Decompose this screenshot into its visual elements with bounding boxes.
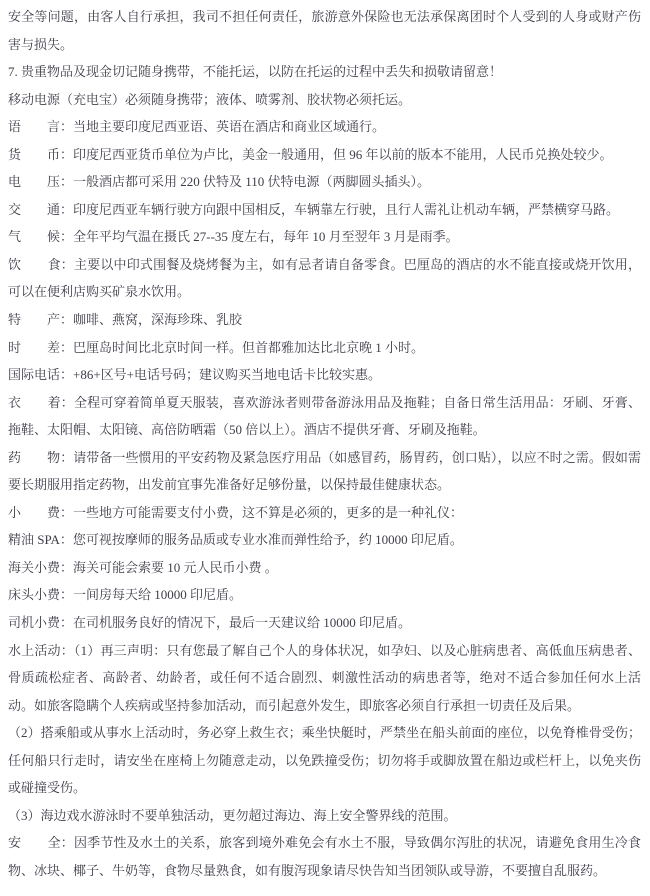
paragraph-food: 饮 食：主要以中印式围餐及烧烤餐为主，如有忌者请自备零食。巴厘岛的酒店的水不能直… xyxy=(8,251,641,306)
paragraph-language: 语 言：当地主要印度尼西亚语、英语在酒店和商业区域通行。 xyxy=(8,113,641,141)
paragraph-safety: 安 全：因季节性及水土的关系，旅客到境外难免会有水土不服，导致偶尔泻肚的状况，请… xyxy=(8,829,641,884)
paragraph-water-activity-1: 水上活动：（1）再三声明：只有您最了解自己个人的身体状况，如孕妇、以及心脏病患者… xyxy=(8,637,641,720)
paragraph-intl-call: 国际电话：+86+区号+电话号码；建议购买当地电话卡比较实惠。 xyxy=(8,361,641,389)
paragraph-medicine: 药 物：请带备一些惯用的平安药物及紧急医疗用品（如感冒药，肠胃药，创口贴），以应… xyxy=(8,444,641,499)
paragraph-clothing: 衣 着：全程可穿着简单夏天服装，喜欢游泳者则带备游泳用品及拖鞋；自备日常生活用品… xyxy=(8,389,641,444)
paragraph-valuables: 7. 贵重物品及现金切记随身携带，不能托运，以防在托运的过程中丢失和损敬请留意！ xyxy=(8,58,641,86)
paragraph-voltage: 电 压：一般酒店都可采用 220 伏特及 110 伏特电源（两脚圆头插头）。 xyxy=(8,168,641,196)
paragraph-water-activity-3: （3）海边戏水游泳时不要单独活动，更勿超过海边、海上安全警界线的范围。 xyxy=(8,802,641,830)
paragraph-customs-tip: 海关小费：海关可能会索要 10 元人民币小费 。 xyxy=(8,554,641,582)
paragraph-driver-tip: 司机小费：在司机服务良好的情况下，最后一天建议给 10000 印尼盾。 xyxy=(8,609,641,637)
paragraph-liability: 安全等问题，由客人自行承担，我司不担任何责任，旅游意外保险也无法承保离团时个人受… xyxy=(8,3,641,58)
document-page: 安全等问题，由客人自行承担，我司不担任何责任，旅游意外保险也无法承保离团时个人受… xyxy=(0,0,650,896)
paragraph-climate: 气 候：全年平均气温在摄氏 27--35 度左右，每年 10 月至翌年 3 月是… xyxy=(8,223,641,251)
paragraph-bed-tip: 床头小费：一间房每天给 10000 印尼盾。 xyxy=(8,581,641,609)
paragraph-powerbank: 移动电源（充电宝）必须随身携带；液体、喷雾剂、胶状物必须托运。 xyxy=(8,86,641,114)
paragraph-timezone: 时 差：巴厘岛时间比北京时间一样。但首都雅加达比北京晚 1 小时。 xyxy=(8,334,641,362)
paragraph-water-activity-2: （2）搭乘船或从事水上活动时，务必穿上救生衣；乘坐快艇时，严禁坐在船头前面的座位… xyxy=(8,719,641,802)
paragraph-traffic: 交 通：印度尼西亚车辆行驶方向跟中国相反，车辆靠左行驶，且行人需礼让机动车辆，严… xyxy=(8,196,641,224)
paragraph-tips: 小 费：一些地方可能需要支付小费，这不算是必须的，更多的是一种礼仪： xyxy=(8,499,641,527)
paragraph-specialty: 特 产：咖啡、燕窝，深海珍珠、乳胶 xyxy=(8,306,641,334)
paragraph-currency: 货 币：印度尼西亚货币单位为卢比，美金一般通用，但 96 年以前的版本不能用，人… xyxy=(8,141,641,169)
paragraph-spa-tip: 精油 SPA：您可视按摩师的服务品质或专业水准而弹性给予，约 10000 印尼盾… xyxy=(8,526,641,554)
